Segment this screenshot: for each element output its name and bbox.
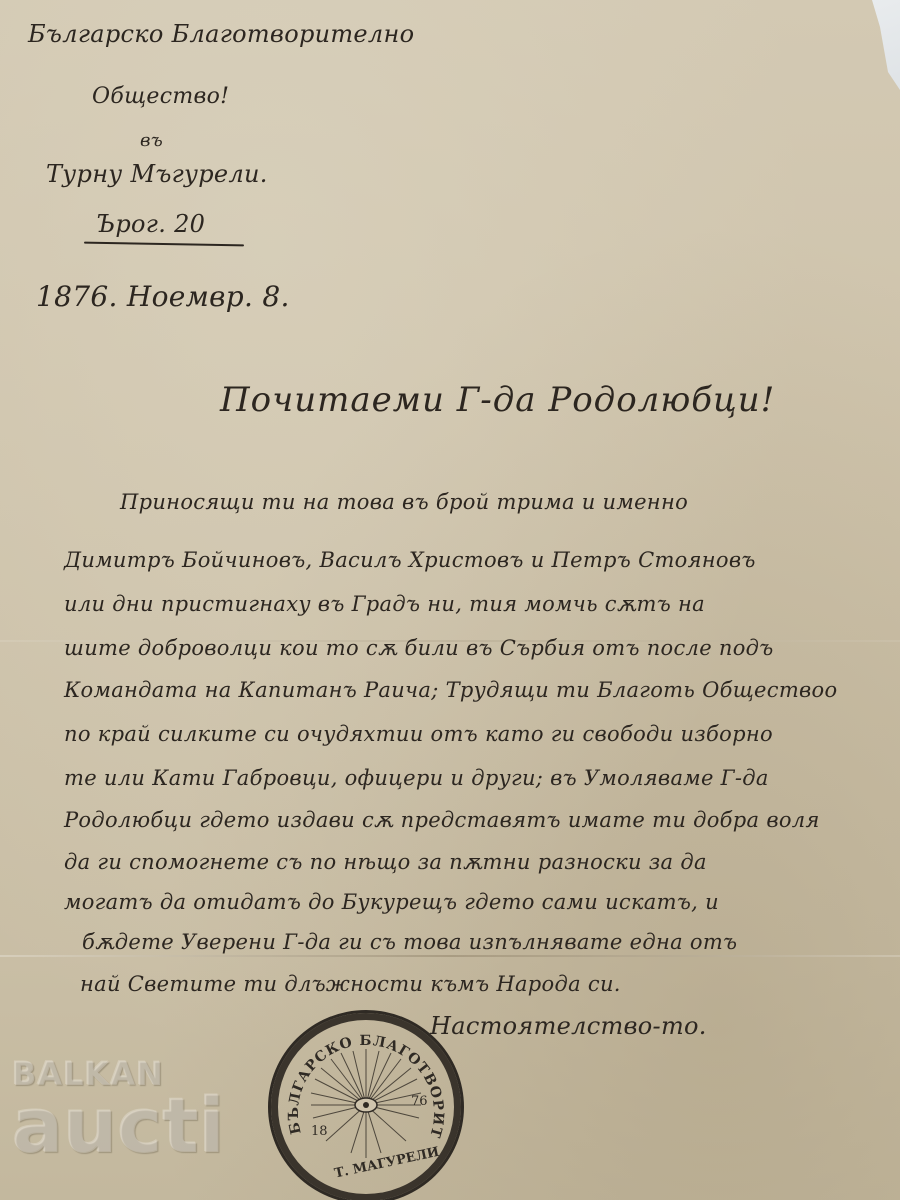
- letter-date: 1876. Ноемвр. 8.: [36, 280, 290, 313]
- auction-watermark: BALKAN aucti: [12, 1058, 225, 1164]
- header-line: Общество!: [92, 84, 229, 109]
- body-line: могатъ да отидатъ до Букурещъ гдето сами…: [64, 890, 719, 914]
- watermark-bottom: aucti: [12, 1088, 225, 1164]
- body-line: да ги спомогнете съ по нѣщо за пѫтни раз…: [64, 850, 707, 874]
- svg-text:76: 76: [411, 1094, 428, 1109]
- body-line: бѫдете Уверени Г-да ги съ това изпълнява…: [82, 930, 737, 954]
- body-line: те или Кати Габровци, офицери и други; в…: [64, 766, 769, 790]
- body-line: шите доброволци кои то сѫ били въ Сърбия…: [64, 636, 774, 660]
- header-line: Българско Благотворително: [28, 20, 414, 48]
- svg-text:18: 18: [311, 1124, 328, 1139]
- svg-text:Т. МАГУРЕЛИ: Т. МАГУРЕЛИ: [333, 1145, 440, 1182]
- body-line: Приносящи ти на това въ брой трима и име…: [120, 490, 688, 514]
- reference-number: Ърог. 20: [96, 210, 205, 238]
- header-line: въ: [140, 130, 163, 151]
- body-line: най Светите ти длъжности къмъ Народа си.: [80, 972, 621, 996]
- society-stamp: БЪЛГАРСКО БЛАГОТВОРИТЕЛНО ОБЩЕСТВО 18 76…: [268, 1010, 464, 1200]
- stamp-sunburst-icon: БЪЛГАРСКО БЛАГОТВОРИТЕЛНО ОБЩЕСТВО 18 76…: [271, 1013, 461, 1200]
- body-line: Димитръ Бойчиновъ, Василъ Христовъ и Пет…: [64, 548, 756, 572]
- salutation: Почитаеми Г-да Родолюбци!: [220, 380, 775, 420]
- body-line: Командата на Капитанъ Раича; Трудящи ти …: [64, 678, 837, 702]
- body-line: Родолюбци гдето издави сѫ представятъ им…: [64, 808, 820, 832]
- header-line: Турну Мъгурели.: [46, 160, 268, 188]
- signature: Настоятелство-то.: [430, 1012, 707, 1040]
- fold-line: [0, 955, 900, 957]
- body-line: или дни пристигнаху въ Градъ ни, тия мом…: [64, 592, 705, 616]
- body-line: по край силките си очудяхтии отъ като ги…: [64, 722, 773, 746]
